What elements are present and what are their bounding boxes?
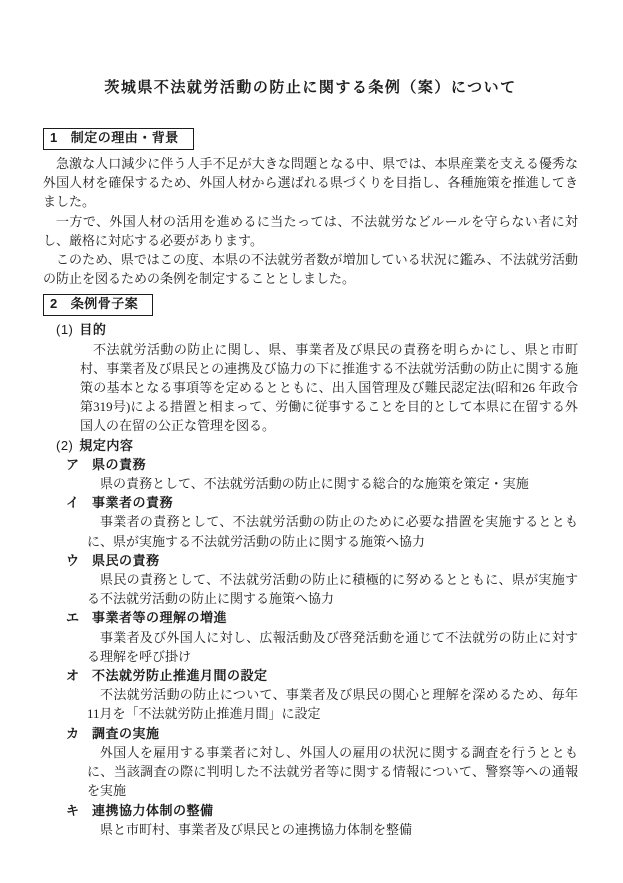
subsection-1-label: (1): [56, 322, 73, 337]
section-1-number: 1: [50, 130, 58, 146]
subsection-2-label: (2): [56, 438, 73, 453]
subsection-2-heading: (2)規定内容: [56, 436, 578, 455]
subsection-1-title: 目的: [79, 322, 106, 337]
item-e-title: 事業者等の理解の増進: [92, 610, 227, 625]
section-2: 2 条例骨子案 (1)目的 不法就労活動の防止に関し、県、事業者及び県民の責務を…: [43, 294, 578, 838]
section-1-heading-row: 1 制定の理由・背景: [43, 128, 578, 150]
item-o-heading: オ不法就労防止推進月間の設定: [66, 666, 578, 685]
subsection-2-title: 規定内容: [79, 438, 133, 453]
item-u-label: ウ: [66, 551, 92, 570]
section-1-paragraph-2: 一方で、外国人材の活用を進めるに当たっては、不法就労などルールを守らない者に対し…: [43, 212, 578, 250]
item-e-heading: エ事業者等の理解の増進: [66, 608, 578, 627]
subsection-1-body: 不法就労活動の防止に関し、県、事業者及び県民の責務を明らかにし、県と市町村、事業…: [80, 340, 578, 436]
item-o-title: 不法就労防止推進月間の設定: [92, 668, 268, 683]
item-e-label: エ: [66, 608, 92, 627]
section-1-paragraph-1: 急激な人口減少に伴う人手不足が大きな問題となる中、県では、本県産業を支える優秀な…: [43, 154, 578, 212]
item-i-title: 事業者の責務: [92, 495, 173, 510]
item-u-heading: ウ県民の責務: [66, 551, 578, 570]
item-i-heading: イ事業者の責務: [66, 493, 578, 512]
document-page: 茨城県不法就労活動の防止に関する条例（案）について 1 制定の理由・背景 急激な…: [0, 0, 623, 883]
item-ka-title: 調査の実施: [92, 726, 160, 741]
item-ka-heading: カ調査の実施: [66, 724, 578, 743]
section-2-heading-text: 条例骨子案: [71, 296, 139, 312]
item-o-label: オ: [66, 666, 92, 685]
section-1-paragraph-3: このため、県ではこの度、本県の不法就労者数が増加している状況に鑑み、不法就労活動…: [43, 250, 578, 288]
section-2-number: 2: [50, 296, 58, 312]
item-ka-body: 外国人を雇用する事業者に対し、外国人の雇用の状況に関する調査を行うとともに、当該…: [87, 743, 578, 801]
section-2-heading-row: 2 条例骨子案: [43, 294, 578, 316]
section-1-heading-box: 1 制定の理由・背景: [43, 128, 194, 150]
item-i-label: イ: [66, 493, 92, 512]
item-ki-body: 県と市町村、事業者及び県民との連携協力体制を整備: [87, 820, 578, 839]
item-u-body: 県民の責務として、不法就労活動の防止に積極的に努めるとともに、県が実施する不法就…: [87, 570, 578, 608]
document-title: 茨城県不法就労活動の防止に関する条例（案）について: [43, 78, 578, 98]
subsection-1-heading: (1)目的: [56, 320, 578, 339]
item-ki-title: 連携協力体制の整備: [92, 803, 214, 818]
item-ka-label: カ: [66, 724, 92, 743]
section-2-heading-box: 2 条例骨子案: [43, 294, 153, 316]
item-a-title: 県の責務: [92, 457, 146, 472]
item-o-body: 不法就労活動の防止について、事業者及び県民の関心と理解を深めるため、毎年 11月…: [87, 685, 578, 723]
item-a-heading: ア県の責務: [66, 455, 578, 474]
item-u-title: 県民の責務: [92, 553, 160, 568]
item-ki-label: キ: [66, 801, 92, 820]
item-a-label: ア: [66, 455, 92, 474]
item-a-body: 県の責務として、不法就労活動の防止に関する総合的な施策を策定・実施: [87, 474, 578, 493]
item-i-body: 事業者の責務として、不法就労活動の防止のために必要な措置を実施するとともに、県が…: [87, 512, 578, 550]
section-1-heading-text: 制定の理由・背景: [71, 130, 179, 146]
item-ki-heading: キ連携協力体制の整備: [66, 801, 578, 820]
item-e-body: 事業者及び外国人に対し、広報活動及び啓発活動を通じて不法就労の防止に対する理解を…: [87, 628, 578, 666]
